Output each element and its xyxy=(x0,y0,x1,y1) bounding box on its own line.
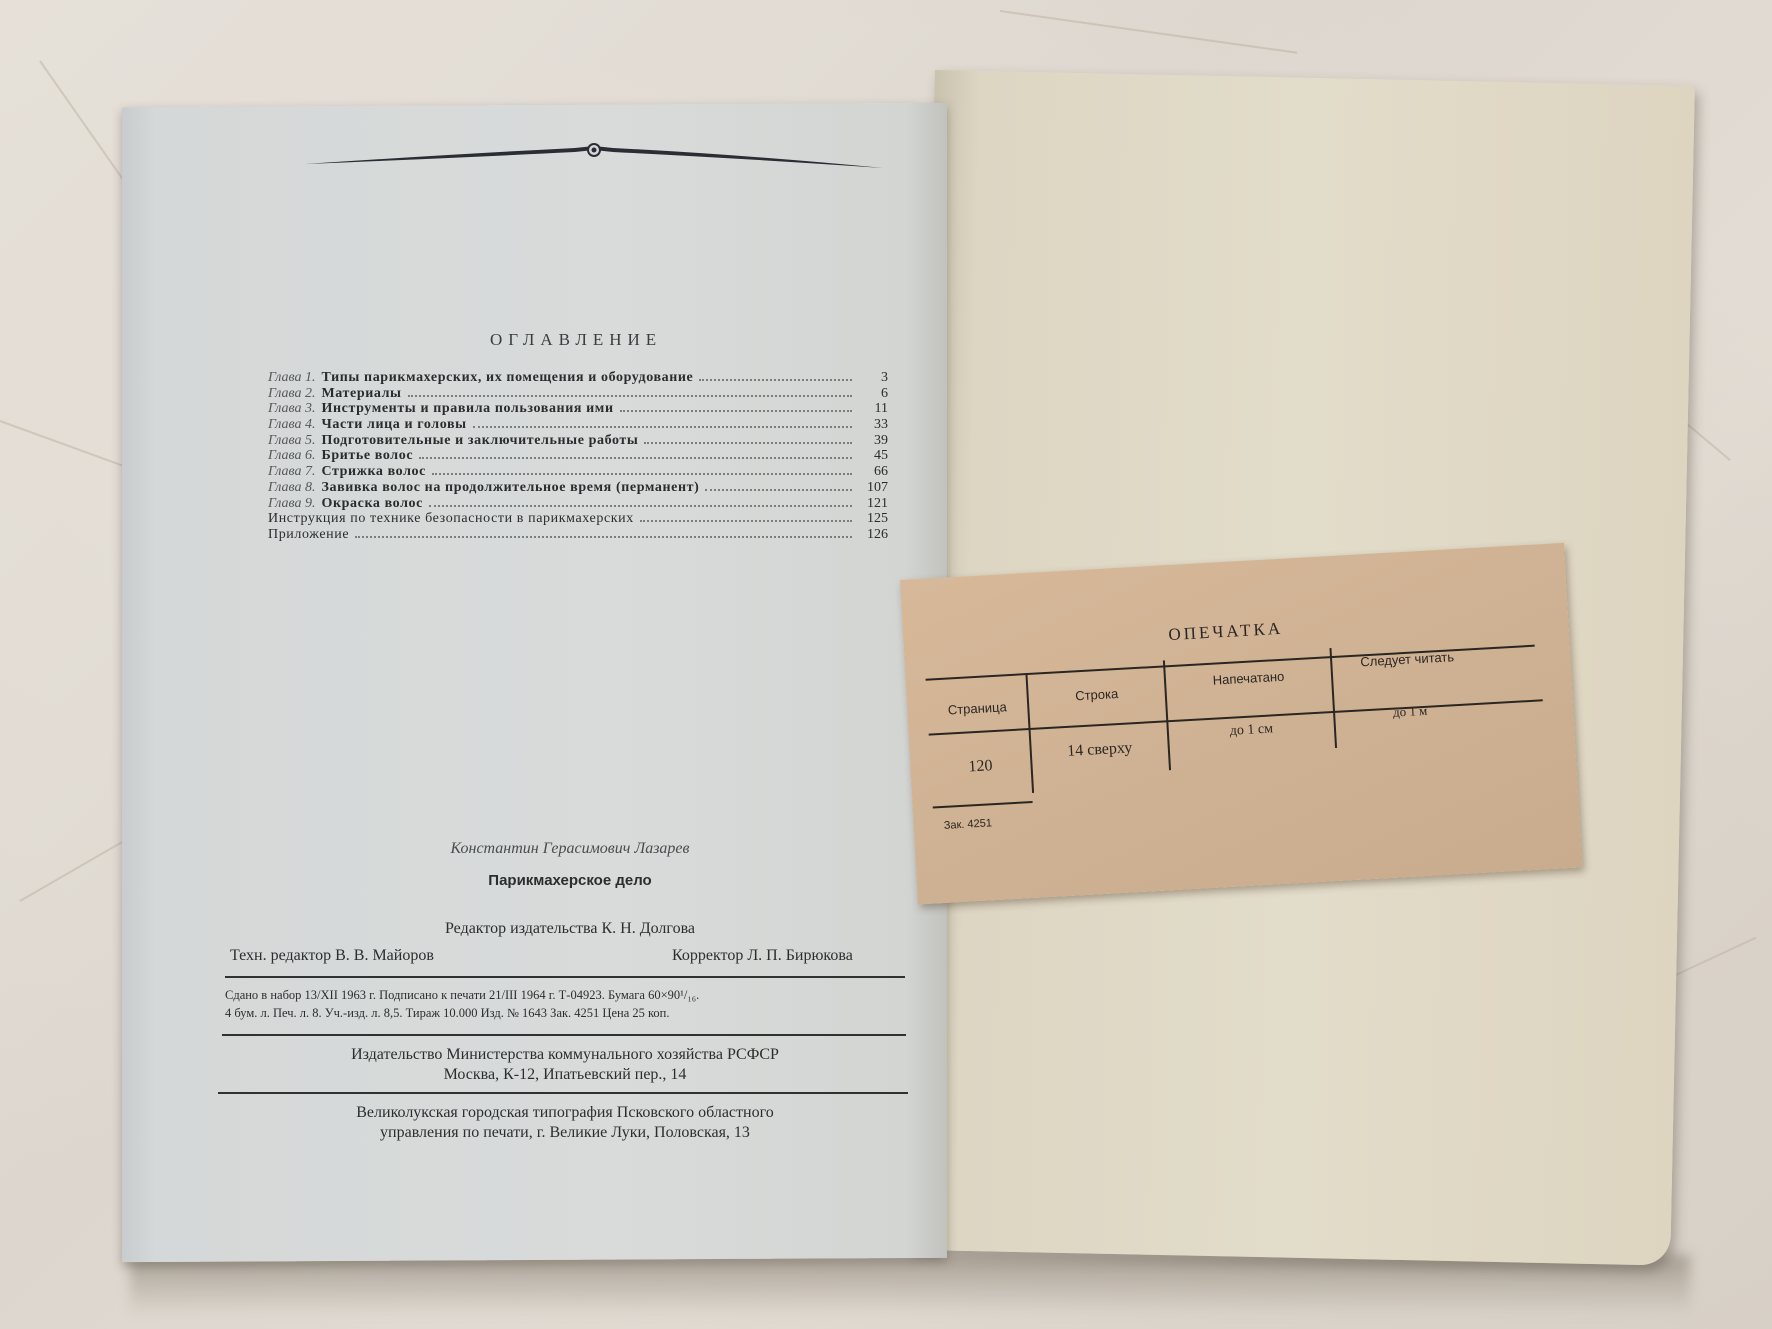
ornament-divider-icon xyxy=(305,140,883,170)
toc-entry: Глава 5.Подготовительные и заключительны… xyxy=(268,433,888,449)
chapter-label: Глава 9. xyxy=(268,496,315,512)
imprint-line-2: 4 бум. л. Печ. л. 8. Уч.-изд. л. 8,5. Ти… xyxy=(225,1006,905,1021)
proofreader-credit: Корректор Л. П. Бирюкова xyxy=(672,947,853,965)
printer-line-1: Великолукская городская типография Псков… xyxy=(240,1104,890,1122)
leader-dots xyxy=(640,519,852,522)
author-name: Константин Герасимович Лазарев xyxy=(330,840,810,858)
leader-dots xyxy=(644,441,852,444)
chapter-title: Бритье волос xyxy=(321,448,413,464)
chapter-label: Глава 5. xyxy=(268,433,315,449)
chapter-title: Инструкция по технике безопасности в пар… xyxy=(268,511,634,527)
chapter-title: Подготовительные и заключительные работы xyxy=(321,433,638,449)
printer-line-2: управления по печати, г. Великие Луки, П… xyxy=(240,1124,890,1142)
errata-correct-value: до 1 м xyxy=(1335,700,1486,724)
toc-title: ОГЛАВЛЕНИЕ xyxy=(490,330,662,350)
chapter-label: Глава 1. xyxy=(268,370,315,386)
publisher-line-2: Москва, К-12, Ипатьевский пер., 14 xyxy=(240,1066,890,1084)
toc-entry: Глава 4.Части лица и головы33 xyxy=(268,417,888,433)
toc-entry: Глава 3.Инструменты и правила пользовани… xyxy=(268,401,888,417)
leader-dots xyxy=(620,409,852,412)
chapter-title: Материалы xyxy=(321,386,401,402)
book-shadow xyxy=(130,1255,1690,1315)
toc-entry: Глава 6.Бритье волос45 xyxy=(268,448,888,464)
leader-dots xyxy=(705,488,852,491)
toc-entry: Глава 9.Окраска волос121 xyxy=(268,496,888,512)
marble-vein xyxy=(1000,10,1297,54)
chapter-label: Глава 4. xyxy=(268,417,315,433)
toc-entry: Глава 2.Материалы6 xyxy=(268,386,888,402)
errata-header-page: Страница xyxy=(927,698,1028,719)
table-rule xyxy=(933,801,1033,809)
page-number: 107 xyxy=(858,480,888,496)
left-page xyxy=(122,103,947,1262)
errata-header-printed: Напечатано xyxy=(1166,666,1332,690)
page-number: 3 xyxy=(858,370,888,386)
imprint-line-1: Сдано в набор 13/XII 1963 г. Подписано к… xyxy=(225,988,905,1003)
leader-dots xyxy=(355,535,852,538)
errata-title: ОПЕЧАТКА xyxy=(1168,619,1284,645)
leader-dots xyxy=(408,394,852,397)
page-number: 125 xyxy=(858,511,888,527)
page-number: 11 xyxy=(858,401,888,417)
toc-entry: Глава 7.Стрижка волос66 xyxy=(268,464,888,480)
divider xyxy=(222,1034,906,1036)
toc-entry: Глава 1.Типы парикмахерских, их помещени… xyxy=(268,370,888,386)
chapter-title: Приложение xyxy=(268,527,349,543)
errata-printed-value: до 1 см xyxy=(1169,718,1335,743)
chapter-title: Стрижка волос xyxy=(321,464,425,480)
errata-header-should-read: Следует читать xyxy=(1332,648,1483,671)
chapter-title: Завивка волос на продолжительное время (… xyxy=(321,480,699,496)
leader-dots xyxy=(473,425,852,428)
toc-entry: Приложение126 xyxy=(268,527,888,543)
chapter-label: Глава 3. xyxy=(268,401,315,417)
chapter-label: Глава 8. xyxy=(268,480,315,496)
leader-dots xyxy=(699,378,852,381)
tech-editor-credit: Техн. редактор В. В. Майоров xyxy=(230,947,434,965)
divider xyxy=(218,1092,908,1094)
leader-dots xyxy=(429,504,852,507)
errata-order-number: Зак. 4251 xyxy=(943,817,992,832)
errata-header-line: Строка xyxy=(1028,683,1165,706)
toc-entry: Глава 8.Завивка волос на продолжительное… xyxy=(268,480,888,496)
divider xyxy=(225,976,905,978)
chapter-title: Части лица и головы xyxy=(321,417,466,433)
editor-credit: Редактор издательства К. Н. Долгова xyxy=(330,920,810,938)
chapter-label: Глава 7. xyxy=(268,464,315,480)
chapter-title: Типы парикмахерских, их помещения и обор… xyxy=(321,370,693,386)
page-number: 33 xyxy=(858,417,888,433)
publisher-line-1: Издательство Министерства коммунального … xyxy=(240,1046,890,1064)
errata-line-value: 14 сверху xyxy=(1031,737,1168,763)
book-title: Парикмахерское дело xyxy=(330,872,810,889)
chapter-title: Инструменты и правила пользования ими xyxy=(321,401,613,417)
leader-dots xyxy=(432,472,852,475)
page-number: 6 xyxy=(858,386,888,402)
page-number: 121 xyxy=(858,496,888,512)
page-number: 39 xyxy=(858,433,888,449)
table-of-contents: Глава 1.Типы парикмахерских, их помещени… xyxy=(268,370,888,543)
toc-entry: Инструкция по технике безопасности в пар… xyxy=(268,511,888,527)
chapter-title: Окраска волос xyxy=(321,496,422,512)
leader-dots xyxy=(419,456,852,459)
errata-slip: ОПЕЧАТКА Страница Строка Напечатано След… xyxy=(900,543,1582,905)
page-number: 66 xyxy=(858,464,888,480)
chapter-label: Глава 2. xyxy=(268,386,315,402)
page-number: 126 xyxy=(858,527,888,543)
chapter-label: Глава 6. xyxy=(268,448,315,464)
page-number: 45 xyxy=(858,448,888,464)
errata-page-value: 120 xyxy=(930,755,1031,779)
